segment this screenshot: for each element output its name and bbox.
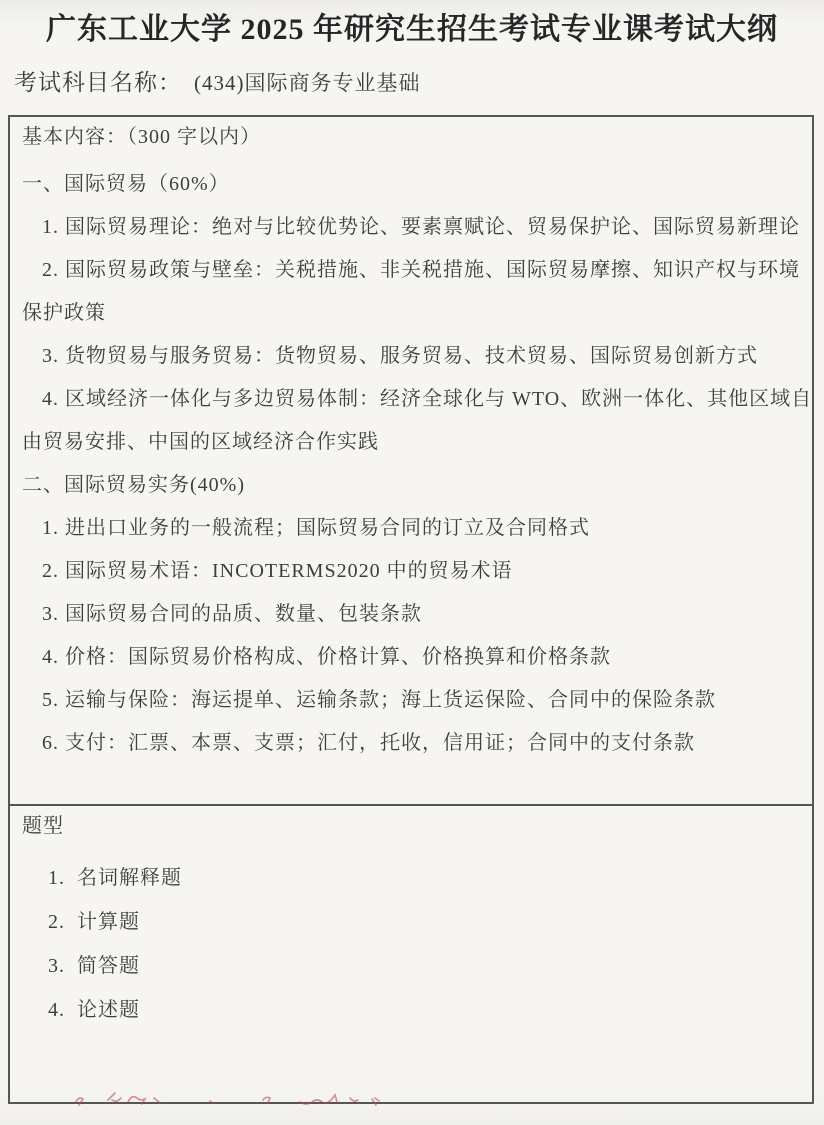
question-type-item: 2. 计算题: [22, 900, 804, 944]
content-line: 3. 国际贸易合同的品质、数量、包装条款: [22, 593, 804, 636]
content-line: 3. 货物贸易与服务贸易：货物贸易、服务贸易、技术贸易、国际贸易创新方式: [22, 335, 804, 378]
content-line: 2. 国际贸易术语：INCOTERMS2020 中的贸易术语: [22, 550, 804, 593]
subject-value: (434)国际商务专业基础: [194, 71, 421, 95]
section-heading-international-trade: 一、国际贸易（60%）: [22, 163, 804, 206]
content-line: 6. 支付：汇票、本票、支票；汇付，托收，信用证；合同中的支付条款: [22, 722, 804, 765]
content-line: 4. 价格：国际贸易价格构成、价格计算、价格换算和价格条款: [22, 636, 804, 679]
subject-label: 考试科目名称：: [14, 70, 182, 95]
content-line: 5. 运输与保险：海运提单、运输条款；海上货运保险、合同中的保险条款: [22, 679, 804, 722]
content-line: 1. 国际贸易理论：绝对与比较优势论、要素禀赋论、贸易保护论、国际贸易新理论: [22, 206, 804, 249]
content-line-continuation: 由贸易安排、中国的区域经济合作实践: [22, 421, 804, 464]
basic-content-header: 基本内容：（300 字以内）: [22, 119, 804, 155]
question-type-item: 3. 简答题: [22, 944, 804, 988]
question-type-item: 4. 论述题: [22, 988, 804, 1032]
basic-content-cell: 基本内容：（300 字以内） 一、国际贸易（60%） 1. 国际贸易理论：绝对与…: [10, 117, 812, 806]
content-line: 1. 进出口业务的一般流程；国际贸易合同的订立及合同格式: [22, 507, 804, 550]
section-heading-trade-practice: 二、国际贸易实务(40%): [22, 464, 804, 507]
content-line: 4. 区域经济一体化与多边贸易体制：经济全球化与 WTO、欧洲一体化、其他区域自: [22, 378, 804, 421]
exam-syllabus-document: 广东工业大学 2025 年研究生招生考试专业课考试大纲 考试科目名称：(434)…: [0, 0, 824, 1125]
red-scribble-mark: [50, 1086, 450, 1112]
content-table: 基本内容：（300 字以内） 一、国际贸易（60%） 1. 国际贸易理论：绝对与…: [8, 115, 814, 1104]
content-line-continuation: 保护政策: [22, 292, 804, 335]
page-title: 广东工业大学 2025 年研究生招生考试专业课考试大纲: [8, 10, 816, 50]
question-types-header: 题型: [22, 808, 804, 844]
content-line: 2. 国际贸易政策与壁垒：关税措施、非关税措施、国际贸易摩擦、知识产权与环境: [22, 249, 804, 292]
question-type-item: 1. 名词解释题: [22, 856, 804, 900]
subject-line: 考试科目名称：(434)国际商务专业基础: [14, 66, 816, 103]
question-types-cell: 题型 1. 名词解释题 2. 计算题 3. 简答题 4. 论述题: [10, 806, 812, 1102]
